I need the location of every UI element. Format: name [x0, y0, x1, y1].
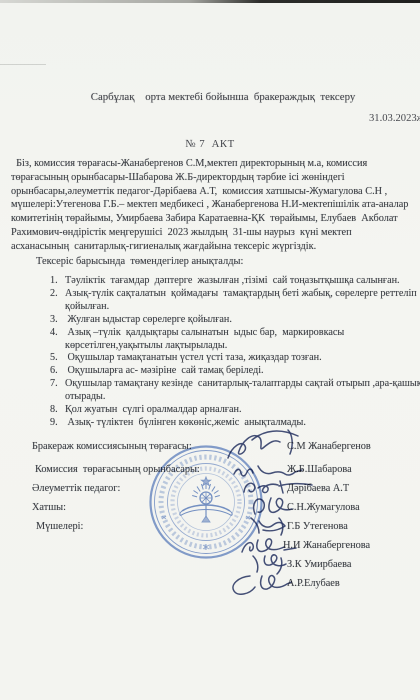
- finding-item: 8. Қол жуатын сүлгі оралмалдар арналған.: [50, 404, 420, 417]
- finding-line: көрсетілген,уақытылы лақтырылады.: [65, 340, 420, 353]
- finding-line: Оқушылар тамақтану кезінде санитарлық-та…: [65, 378, 420, 391]
- signature-label: Әлеуметтік педагог:: [32, 483, 120, 494]
- finding-item: 3. Жулған ыдыстар сөрелерге қойылған.: [50, 314, 420, 327]
- finding-item: 1. Тәуліктік тағамдар дәптерге жазылған …: [50, 275, 420, 288]
- finding-number: 7.: [50, 378, 65, 404]
- scan-edge-artifact: [0, 0, 420, 3]
- finding-line: Тәуліктік тағамдар дәптерге жазылған ,ті…: [65, 275, 420, 288]
- intro-line: төрағасының орынбасары-Шабарова Ж.Б-дире…: [11, 171, 420, 185]
- signature-name: С.Н.Жумагулова: [287, 502, 360, 513]
- finding-line: қойылған.: [65, 301, 420, 314]
- intro-line: Біз, комиссия төрағасы-Жанабергенов С.М,…: [11, 157, 420, 171]
- scan-smudge-artifact: [0, 64, 46, 65]
- finding-number: 6.: [50, 365, 65, 378]
- finding-item: 5. Оқушылар тамақтанатын үстел үсті таза…: [50, 352, 420, 365]
- findings-list: 1. Тәуліктік тағамдар дәптерге жазылған …: [50, 275, 420, 430]
- act-number: № 7 АКТ: [0, 138, 420, 150]
- document-date: 31.03.2023ж: [369, 113, 420, 124]
- intro-line: Рахимович-өндірістік меңгерушісі 2023 жы…: [11, 226, 420, 240]
- signature-ink-yelubayev: [224, 568, 292, 600]
- finding-number: 4.: [50, 327, 65, 353]
- finding-line: Азық-түлік сақталатын қоймадағы тамақтар…: [65, 288, 420, 301]
- finding-item: 7. Оқушылар тамақтану кезінде санитарлық…: [50, 378, 420, 404]
- finding-number: 2.: [50, 288, 65, 314]
- finding-number: 3.: [50, 314, 65, 327]
- finding-item: 2. Азық-түлік сақталатын қоймадағы тамақ…: [50, 288, 420, 314]
- finding-line: отырады.: [65, 391, 420, 404]
- signature-label: Хатшы:: [32, 502, 66, 513]
- finding-item: 6. Оқушыларға ас- мәзіріне сай тамақ бер…: [50, 365, 420, 378]
- finding-line: Оқушыларға ас- мәзіріне сай тамақ беріле…: [65, 365, 420, 378]
- intro-line: асханасының санитарлық-гигиеналық жағдай…: [11, 240, 420, 254]
- document-title: Сарбұлақ орта мектебі бойынша бракеражды…: [0, 91, 420, 103]
- finding-number: 9.: [50, 417, 65, 430]
- intro-line: комитетінің төрайымы, Умирбаева Забира К…: [11, 212, 420, 226]
- finding-line: Азық –түлік қалдықтары салынатын ыдыс ба…: [65, 327, 420, 340]
- intro-line: мүшелері:Утегенова Г.Б.– мектеп медбикес…: [11, 198, 420, 212]
- intro-line: орынбасары,әлеуметтік педагог-Дәрібаева …: [11, 185, 420, 199]
- finding-number: 8.: [50, 404, 65, 417]
- finding-item: 4. Азық –түлік қалдықтары салынатын ыдыс…: [50, 327, 420, 353]
- finding-number: 1.: [50, 275, 65, 288]
- signature-name: А.Р.Елубаев: [287, 578, 340, 589]
- signature-label: Мүшелері:: [36, 521, 83, 532]
- signature-name: Г.Б Утегенова: [287, 521, 348, 532]
- kazakhstan-emblem-icon: [180, 477, 232, 522]
- findings-heading: Тексеріс барысында төмендегілер анықталд…: [36, 256, 243, 267]
- finding-line: Қол жуатын сүлгі оралмалдар арналған.: [65, 404, 420, 417]
- signature-name: З.К Умирбаева: [287, 559, 351, 570]
- finding-line: Жулған ыдыстар сөрелерге қойылған.: [65, 314, 420, 327]
- finding-number: 5.: [50, 352, 65, 365]
- intro-paragraph: Біз, комиссия төрағасы-Жанабергенов С.М,…: [11, 157, 420, 254]
- scanned-document-page: Сарбұлақ орта мектебі бойынша бракеражды…: [0, 0, 420, 700]
- finding-line: Оқушылар тамақтанатын үстел үсті таза, ж…: [65, 352, 420, 365]
